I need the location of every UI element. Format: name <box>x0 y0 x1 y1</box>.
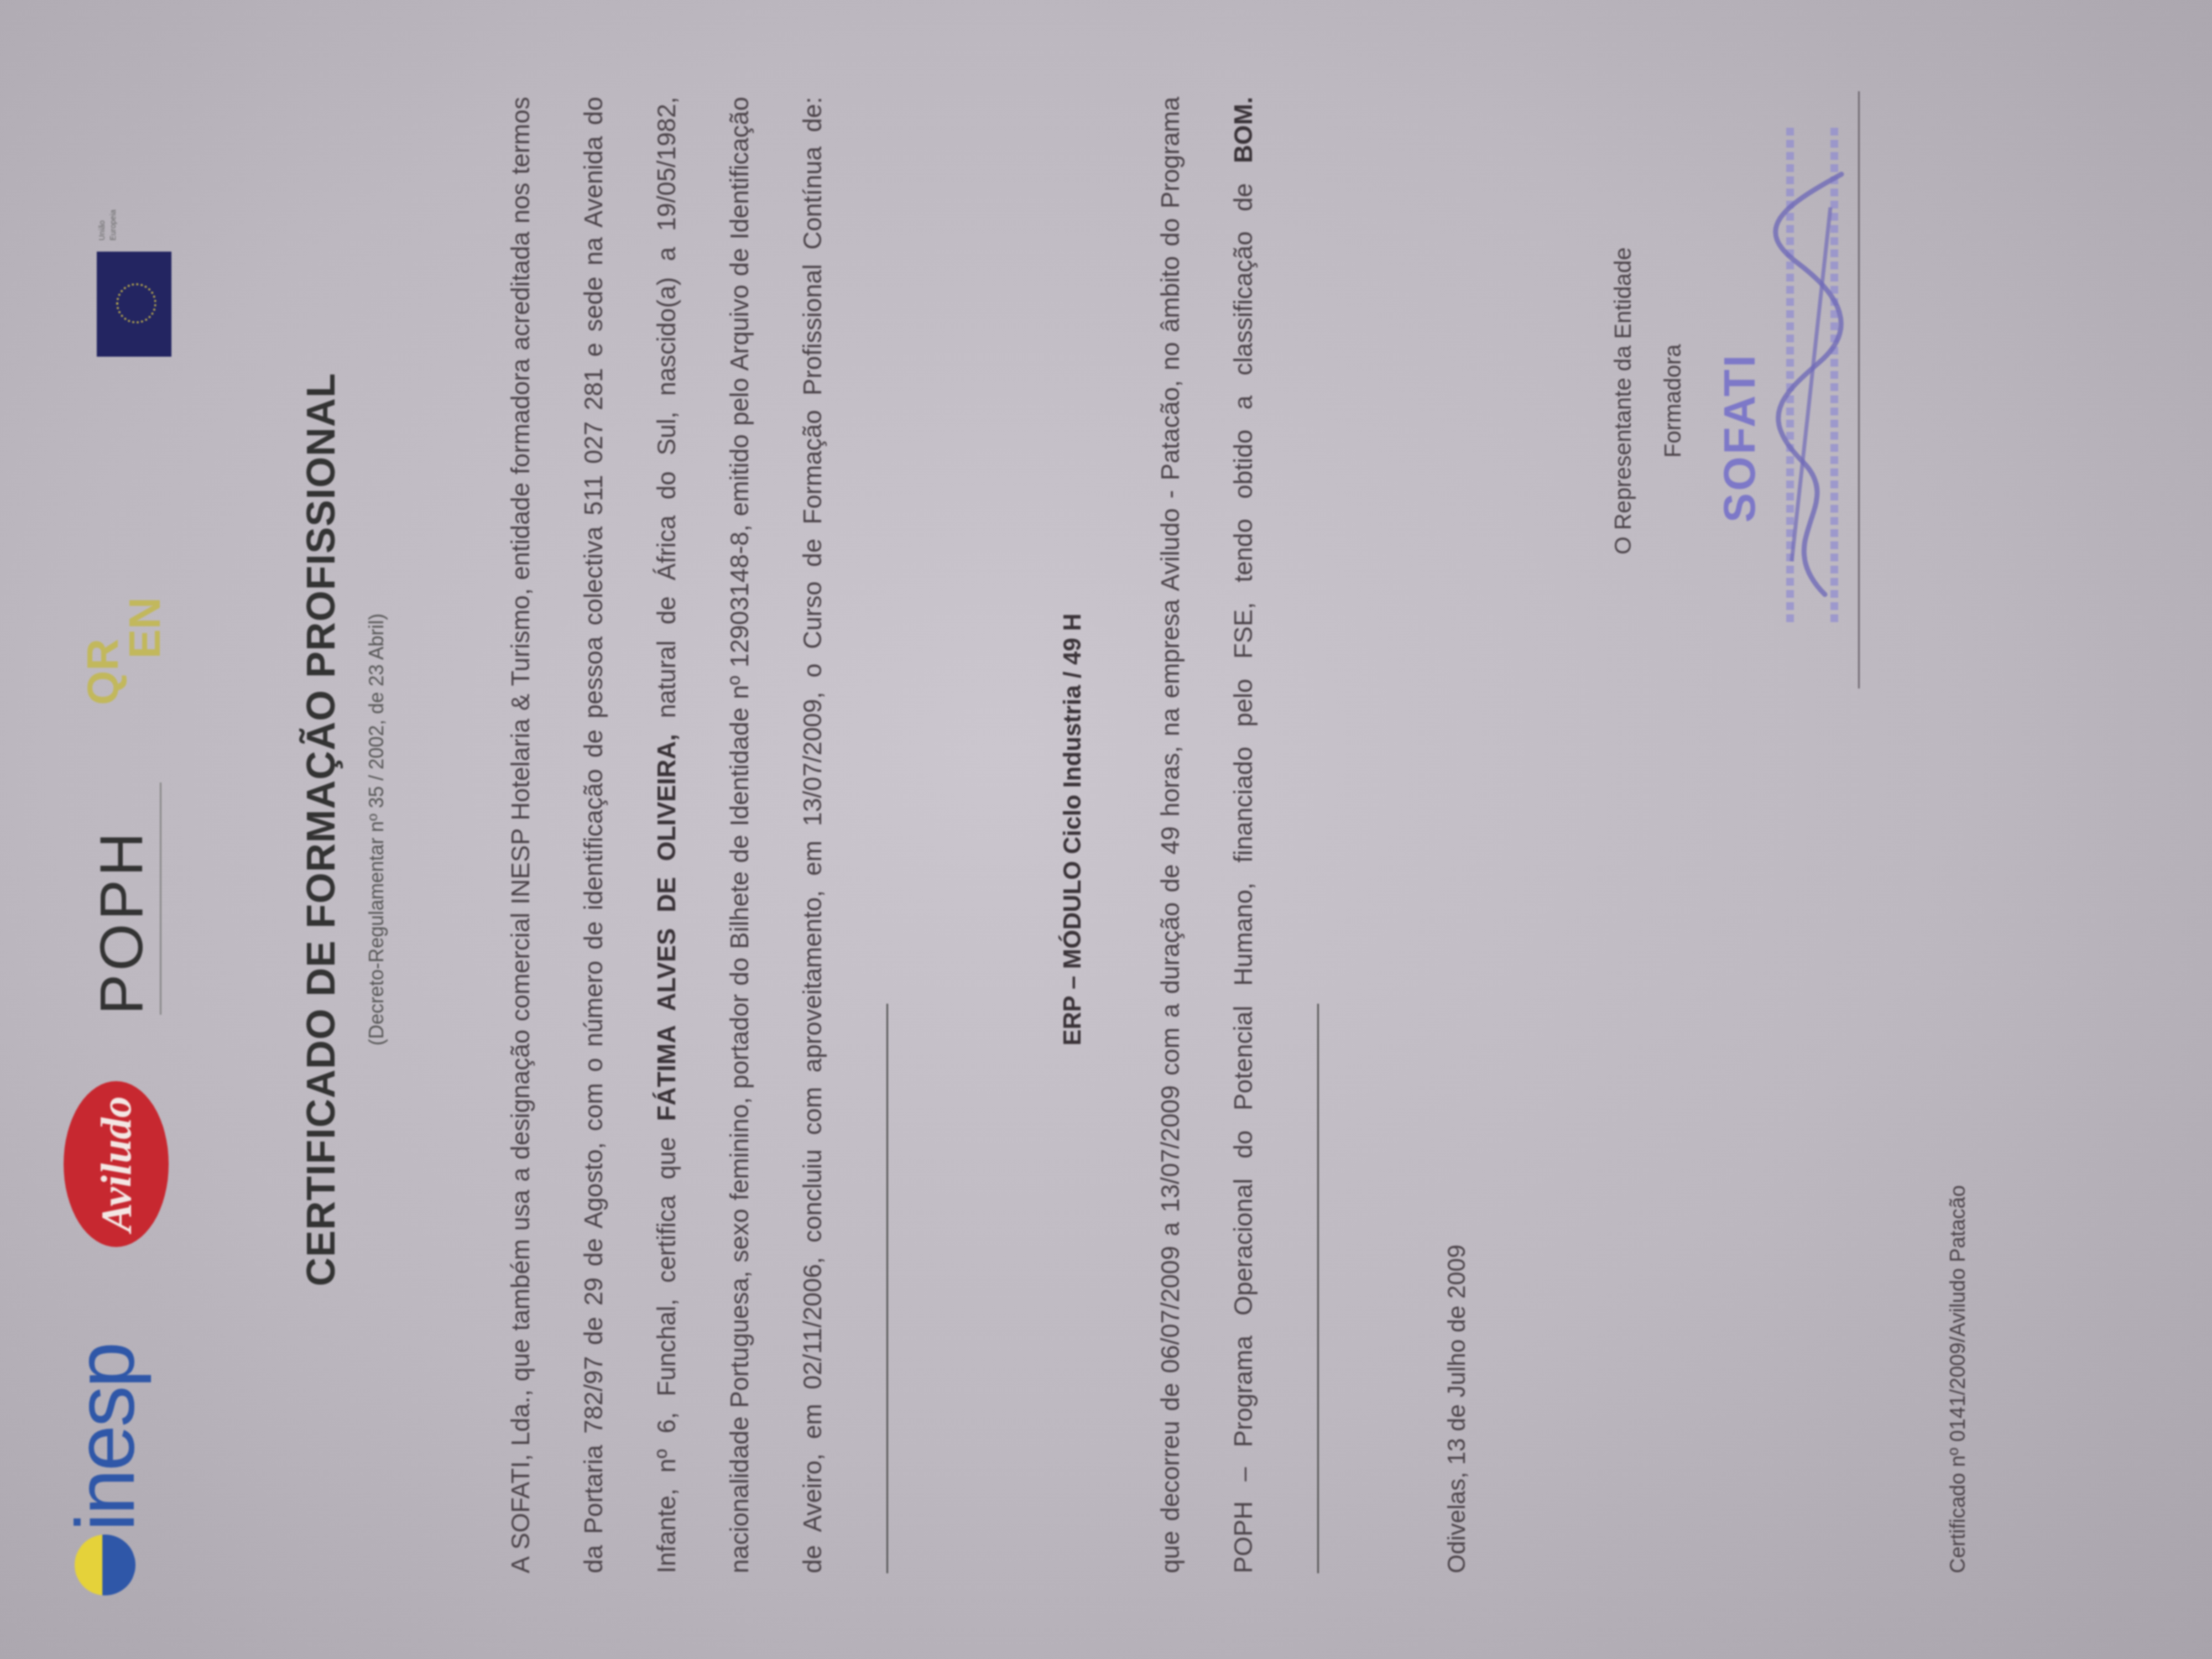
eu-logo: União Europeia <box>97 191 171 357</box>
eu-stars-icon <box>116 283 156 324</box>
inesp-logo: inesp <box>64 1344 147 1595</box>
fill-line <box>1317 1004 1319 1573</box>
certificate-page: inesp Aviludo POPH QR EN União Europeia <box>11 14 2201 1645</box>
logo-row: inesp Aviludo POPH QR EN União Europeia <box>41 14 185 1645</box>
globe-icon <box>75 1535 135 1595</box>
signature-stamp-area: SOFATI <box>1692 41 1902 733</box>
inesp-wordmark: inesp <box>64 1344 147 1531</box>
certification-paragraph: A SOFATI, Lda., que também usa a designa… <box>484 97 922 1573</box>
representative-label: O Representante da Entidade Formadora <box>1598 97 1698 705</box>
signature-scrawl-icon <box>1759 163 1858 606</box>
course-name: ERP – MÓDULO Ciclo Industria / 49 H <box>1059 14 1087 1645</box>
aviludo-wordmark: Aviludo <box>91 1096 141 1232</box>
eu-caption: União Europeia <box>97 191 118 241</box>
poph-wordmark: POPH <box>91 829 152 1015</box>
certificate-number: Certificado nº 0141/2009/Aviludo Patacão <box>1947 1185 1970 1573</box>
eu-flag-icon <box>97 252 171 357</box>
paragraph-text-3: que decorreu de 06/07/2009 a 13/07/2009 … <box>1156 97 1258 1573</box>
qren-logo: QR EN <box>83 614 165 705</box>
certificate-subtitle: (Decreto-Regulamentar nº 35 / 2002, de 2… <box>365 14 388 1645</box>
grade: BOM. <box>1229 97 1258 163</box>
representative-label-line-2: Formadora <box>1648 97 1698 705</box>
trainee-name: FÁTIMA ALVES DE OLIVEIRA, <box>652 734 681 1121</box>
poph-underline <box>160 782 161 1015</box>
company-stamp: SOFATI <box>1714 353 1765 523</box>
qren-part-1: QR <box>83 661 123 705</box>
poph-logo: POPH <box>91 782 161 1015</box>
certificate-title: CERTIFICADO DE FORMAÇÃO PROFISSIONAL <box>299 14 344 1645</box>
place-and-date: Odivelas, 13 de Julho de 2009 <box>1443 1245 1471 1573</box>
course-details-paragraph: que decorreu de 06/07/2009 a 13/07/2009 … <box>1134 97 1353 1573</box>
signature-line <box>1858 91 1860 688</box>
qren-part-2: EN <box>125 614 165 659</box>
fill-line <box>886 1004 888 1573</box>
aviludo-logo: Aviludo <box>64 1081 169 1247</box>
representative-label-line-1: O Representante da Entidade <box>1598 97 1648 705</box>
